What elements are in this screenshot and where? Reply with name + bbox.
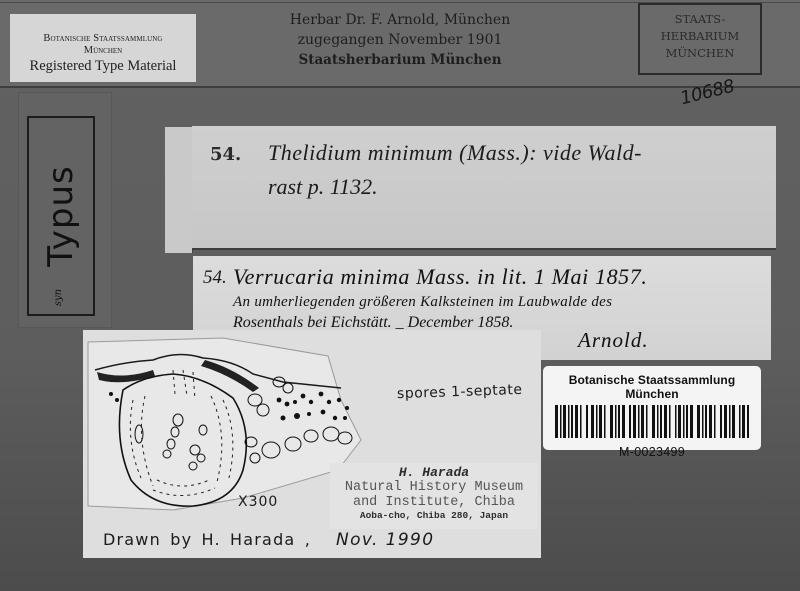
barcode-institution: Botanische Staatssammlung München [543, 373, 761, 401]
determination-number: 54. [210, 144, 241, 165]
type-status-label: Typus [41, 165, 81, 266]
origin-line-1: Herbar Dr. F. Arnold, München [255, 10, 545, 30]
magnification-note: X300 [238, 494, 278, 510]
collection-line-2: An umherliegenden größeren Kalksteinen i… [233, 294, 612, 311]
harada-address-stamp: H. Harada Natural History Museum and Ins… [330, 463, 538, 529]
reg-label-city: München [10, 45, 196, 57]
reg-label-institution: Botanische Staatssammlung [10, 33, 196, 45]
stamp-address: Aoba-cho, Chiba 280, Japan [330, 510, 538, 522]
stamp-institution: Natural History Museum [330, 480, 538, 495]
label-edge-tab [165, 127, 193, 253]
determination-line-2: rast p. 1132. [268, 174, 378, 200]
stamp-line-2: HERBARIUM [640, 28, 760, 45]
determination-line-1: Thelidium minimum (Mass.): vide Wald- [268, 140, 642, 166]
type-status-prefix: syn [53, 289, 64, 306]
determination-label: 54. Thelidium minimum (Mass.): vide Wald… [192, 126, 776, 250]
herbarium-origin-label: Herbar Dr. F. Arnold, München zugegangen… [255, 10, 545, 70]
stamp-name: H. Harada [330, 465, 538, 480]
collection-number: 54. [203, 267, 227, 289]
collection-line-1: Verrucaria minima Mass. in lit. 1 Mai 18… [233, 264, 647, 290]
drawn-by-note: Drawn by H. Harada , [103, 530, 311, 549]
origin-line-3: Staatsherbarium München [255, 50, 545, 70]
staatsherbarium-stamp: STAATS- HERBARIUM MÜNCHEN [638, 3, 762, 75]
barcode-icon [555, 405, 749, 438]
barcode-label: Botanische Staatssammlung München M-0023… [543, 366, 761, 450]
reg-label-status: Registered Type Material [10, 57, 196, 75]
barcode-id: M-0023499 [543, 445, 761, 459]
stamp-line-3: MÜNCHEN [640, 45, 760, 62]
stamp-line-1: STAATS- [640, 11, 760, 28]
stamp-institution-2: and Institute, Chiba [330, 495, 538, 510]
drawn-date-note: Nov. 1990 [336, 530, 434, 550]
registered-type-label: Botanische Staatssammlung München Regist… [10, 14, 196, 82]
origin-line-2: zugegangen November 1901 [255, 30, 545, 50]
collector-signature: Arnold. [578, 328, 649, 353]
